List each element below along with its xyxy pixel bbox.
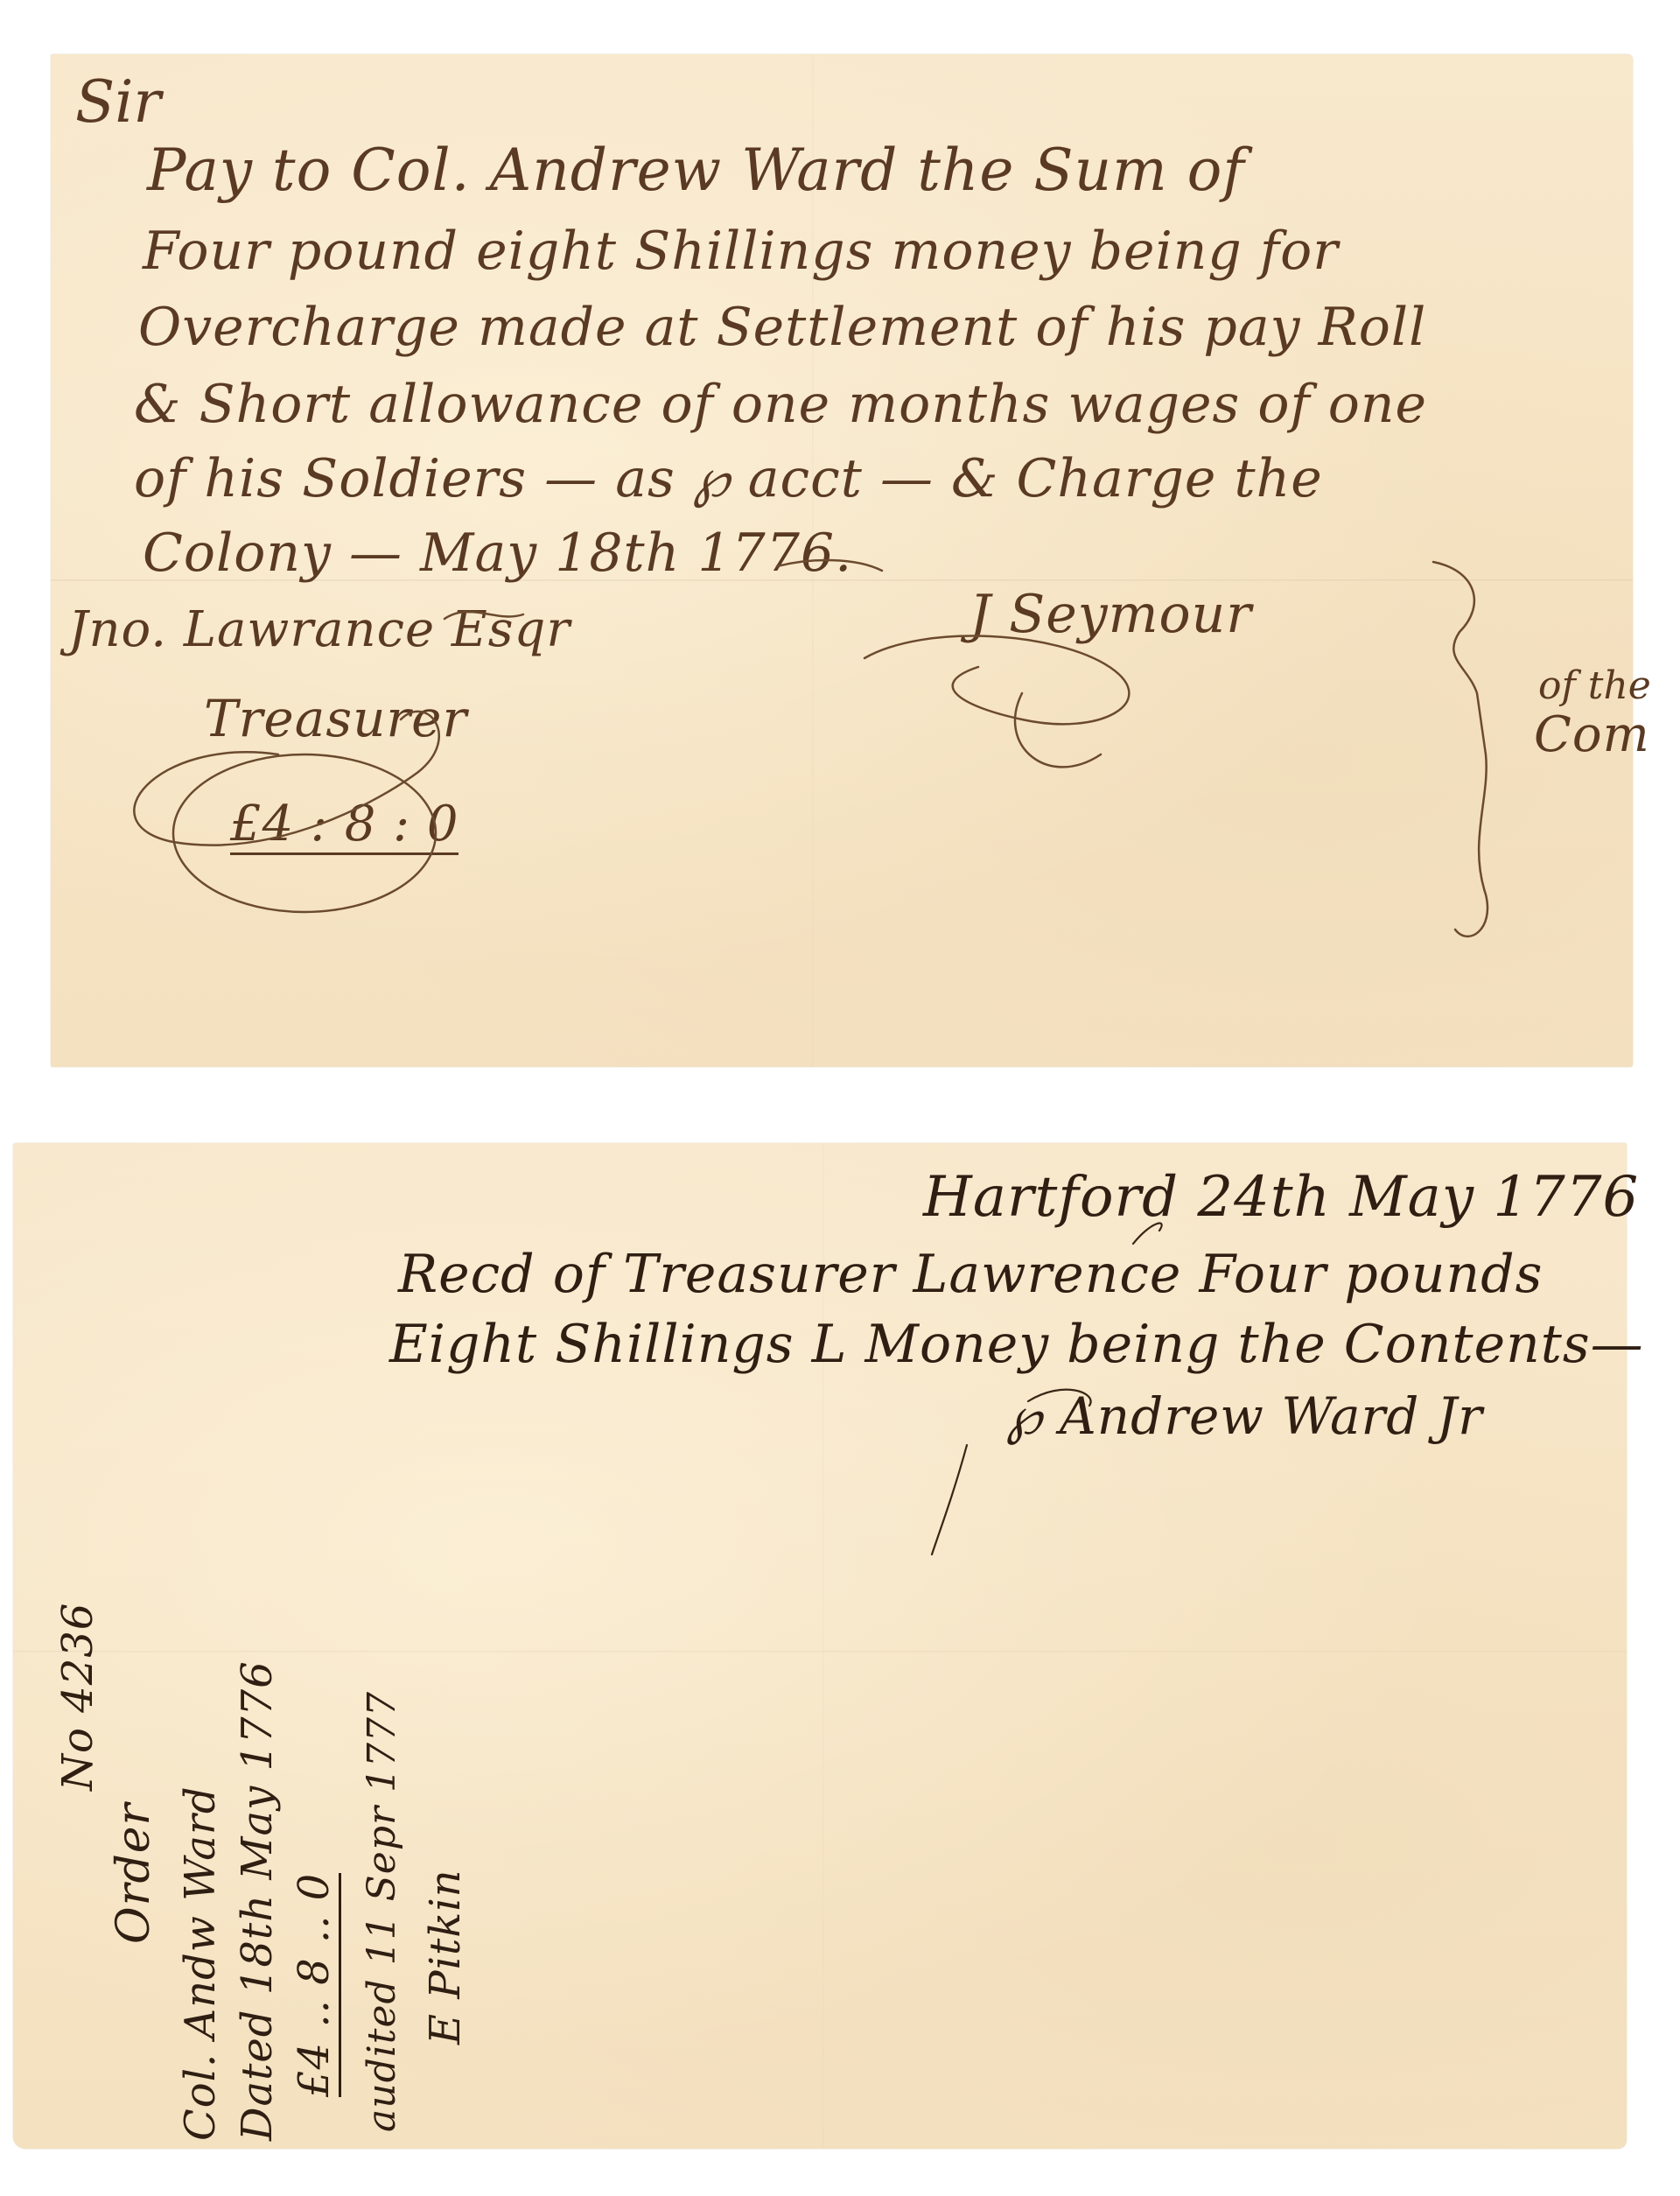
docket-amount: £4 .. 8 .. 0 bbox=[293, 1873, 341, 2097]
order-body-line-4: & Short allowance of one months wages of… bbox=[134, 378, 1427, 431]
docket-audited: audited 11 Sepr 1777 bbox=[363, 1691, 402, 2132]
paper-fold-line bbox=[13, 1651, 1627, 1652]
receipt-body-line-2: Eight Shillings L Money being the Conten… bbox=[389, 1318, 1644, 1371]
docket-number: No 4236 bbox=[57, 1603, 99, 1791]
committee-label-com: Com bbox=[1534, 711, 1650, 760]
order-body-line-1: Pay to Col. Andrew Ward the Sum of bbox=[147, 142, 1245, 200]
receipt-document: Hartford 24th May 1776 Recd of Treasurer… bbox=[13, 1143, 1627, 2149]
order-body-line-5: of his Soldiers — as ℘ acct — & Charge t… bbox=[134, 453, 1323, 505]
docket-date: Dated 18th May 1776 bbox=[236, 1660, 278, 2141]
docket-auditor: E Pitkin bbox=[424, 1869, 466, 2045]
salutation: Sir bbox=[75, 74, 161, 131]
docket-label: Order bbox=[111, 1803, 157, 1944]
pay-order-document: Sir Pay to Col. Andrew Ward the Sum of F… bbox=[51, 54, 1633, 1067]
addressee-title: Treasurer bbox=[204, 693, 467, 744]
order-body-line-3: Overcharge made at Settlement of his pay… bbox=[138, 301, 1426, 354]
receipt-signature: ℘ Andrew Ward Jr bbox=[1006, 1391, 1483, 1442]
order-body-line-6: Colony — May 18th 1776. bbox=[143, 527, 852, 579]
docket-payee: Col. Andw Ward bbox=[179, 1786, 221, 2141]
receipt-body-line-1: Recd of Treasurer Lawrence Four pounds bbox=[398, 1248, 1543, 1301]
signature-seymour: J Seymour bbox=[969, 588, 1252, 641]
order-body-line-2: Four pound eight Shillings money being f… bbox=[143, 225, 1339, 277]
receipt-place-date: Hartford 24th May 1776 bbox=[923, 1169, 1639, 1225]
order-amount: £4 : 8 : 0 bbox=[230, 800, 458, 855]
addressee-name: Jno. Lawrance Esqr bbox=[68, 606, 570, 655]
committee-label-of-the: of the bbox=[1538, 667, 1651, 705]
